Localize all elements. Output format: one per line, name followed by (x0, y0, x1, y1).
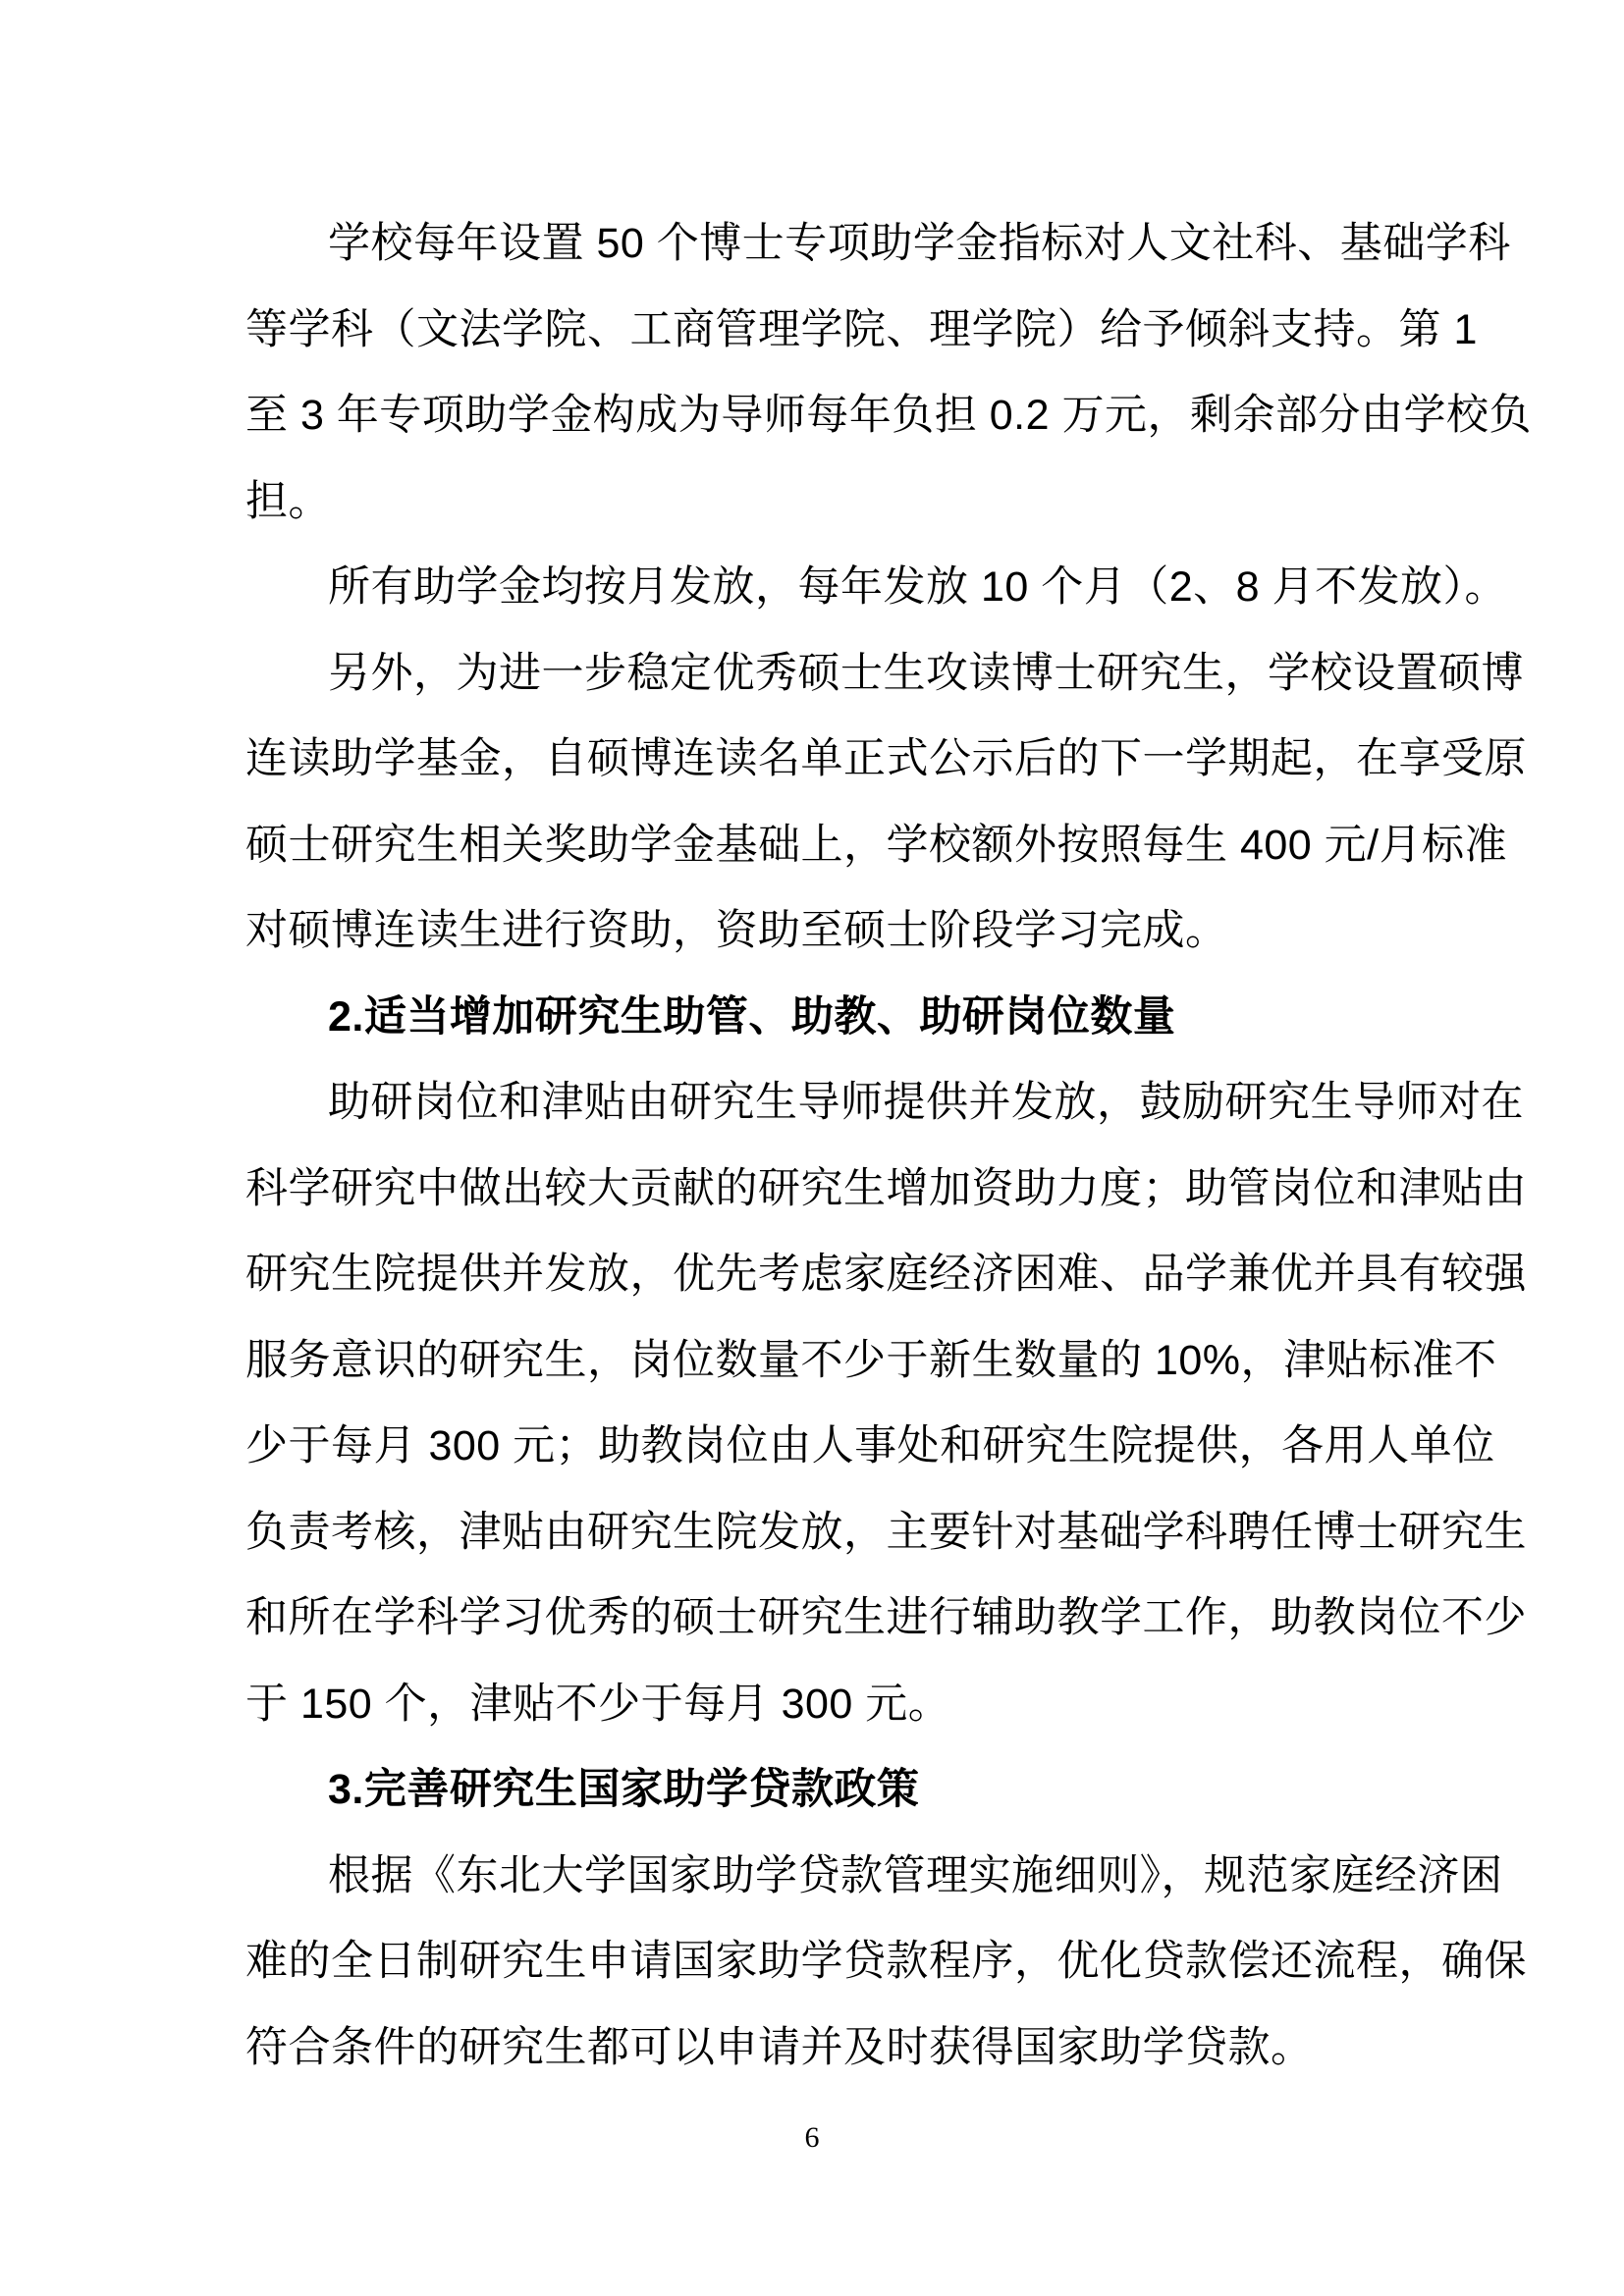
paragraph-line: 助研岗位和津贴由研究生导师提供并发放，鼓励研究生导师对在 (245, 1060, 1384, 1147)
paragraph-line: 于 150 个，津贴不少于每月 300 元。 (245, 1662, 1384, 1748)
paragraph-line: 另外，为进一步稳定优秀硕士生攻读博士研究生，学校设置硕博 (245, 631, 1384, 718)
paragraph-line: 和所在学科学习优秀的硕士研究生进行辅助教学工作，助教岗位不少 (245, 1575, 1384, 1662)
paragraph-line: 至 3 年专项助学金构成为导师每年负担 0.2 万元，剩余部分由学校负 (245, 373, 1384, 459)
document-page: 学校每年设置 50 个博士专项助学金指标对人文社科、基础学科 等学科（文法学院、… (0, 0, 1624, 2296)
paragraph-line: 科学研究中做出较大贡献的研究生增加资助力度；助管岗位和津贴由 (245, 1147, 1384, 1233)
section-heading-2: 2.适当增加研究生助管、助教、助研岗位数量 (245, 975, 1384, 1061)
paragraph-line: 研究生院提供并发放，优先考虑家庭经济困难、品学兼优并具有较强 (245, 1232, 1384, 1318)
paragraph-line: 对硕博连读生进行资助，资助至硕士阶段学习完成。 (245, 888, 1384, 975)
paragraph-line: 硕士研究生相关奖助学金基础上，学校额外按照每生 400 元/月标准 (245, 803, 1384, 889)
text-body: 学校每年设置 50 个博士专项助学金指标对人文社科、基础学科 等学科（文法学院、… (245, 201, 1384, 2091)
paragraph-line: 负责考核，津贴由研究生院发放，主要针对基础学科聘任博士研究生 (245, 1490, 1384, 1576)
section-heading-3: 3.完善研究生国家助学贷款政策 (245, 1747, 1384, 1834)
paragraph-line: 等学科（文法学院、工商管理学院、理学院）给予倾斜支持。第 1 (245, 288, 1384, 374)
paragraph-line: 难的全日制研究生申请国家助学贷款程序，优化贷款偿还流程，确保 (245, 1919, 1384, 2005)
paragraph-line: 担。 (245, 459, 1384, 546)
paragraph-line: 所有助学金均按月发放，每年发放 10 个月（2、8 月不发放）。 (245, 545, 1384, 631)
paragraph-line: 少于每月 300 元；助教岗位由人事处和研究生院提供，各用人单位 (245, 1404, 1384, 1490)
paragraph-line: 服务意识的研究生，岗位数量不少于新生数量的 10%，津贴标准不 (245, 1318, 1384, 1405)
paragraph-line: 学校每年设置 50 个博士专项助学金指标对人文社科、基础学科 (245, 201, 1384, 288)
paragraph-line: 根据《东北大学国家助学贷款管理实施细则》，规范家庭经济困 (245, 1834, 1384, 1920)
page-number: 6 (0, 2118, 1624, 2158)
paragraph-line: 符合条件的研究生都可以申请并及时获得国家助学贷款。 (245, 2005, 1384, 2092)
paragraph-line: 连读助学基金，自硕博连读名单正式公示后的下一学期起，在享受原 (245, 717, 1384, 803)
